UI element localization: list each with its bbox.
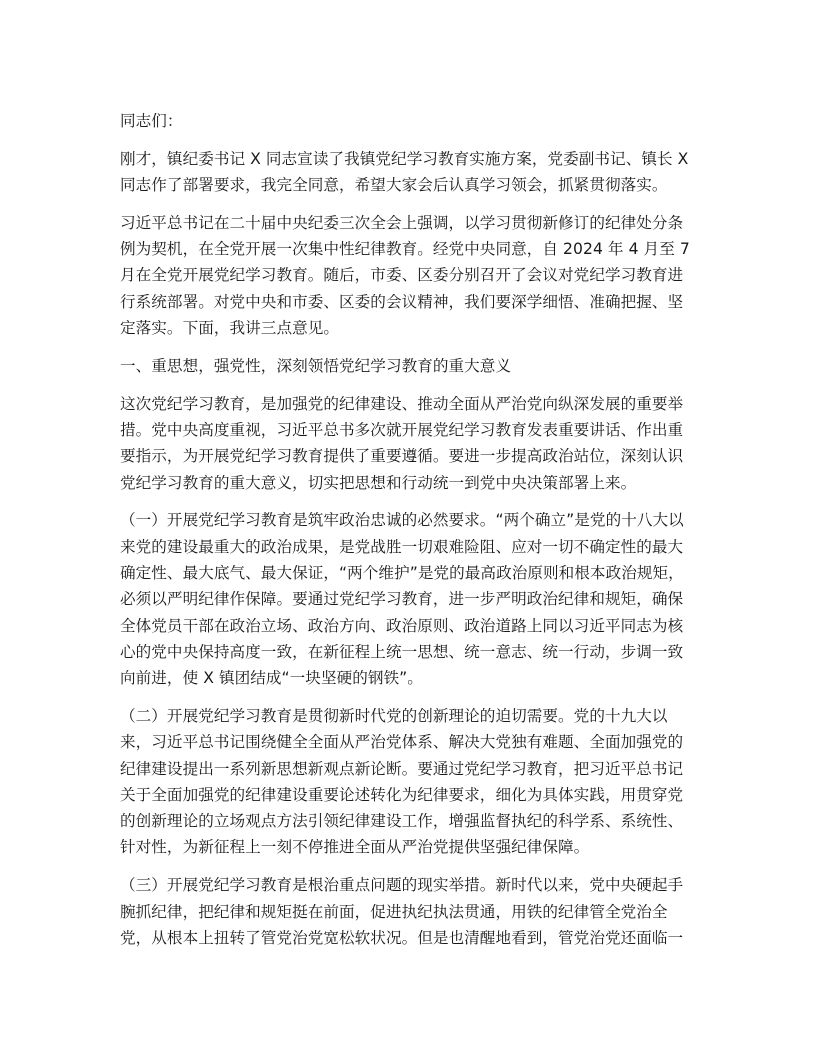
- text-line: 确定性、最大底气、最大保证，“两个维护”是党的最高政治原则和根本政治规矩，: [120, 560, 698, 586]
- text-line: 要指示，为开展党纪学习教育提供了重要遵循。要进一步提高政治站位，深刻认识: [120, 443, 698, 469]
- context-paragraph: 习近平总书记在二十届中央纪委三次全会上强调，以学习贯彻新修订的纪律处分条 例为契…: [120, 210, 698, 341]
- text-line: 全体党员干部在政治立场、政治方向、政治原则、政治道路上同以习近平同志为核: [120, 613, 698, 639]
- text-line: 纪律建设提出一系列新思想新观点新论断。要通过党纪学习教育，把习近平总书记: [120, 756, 698, 782]
- text-line: 一、重思想，强党性，深刻领悟党纪学习教育的重大意义: [120, 353, 698, 379]
- text-line: 行系统部署。对党中央和市委、区委的会议精神，我们要深学细悟、准确把握、坚: [120, 289, 698, 315]
- subsection-2-paragraph: （二）开展党纪学习教育是贯彻新时代党的创新理论的迫切需要。党的十九大以 来，习近…: [120, 703, 698, 861]
- text-line: （一）开展党纪学习教育是筑牢政治忠诚的必然要求。“两个确立”是党的十八大以: [120, 507, 698, 533]
- text-line: 定落实。下面，我讲三点意见。: [120, 315, 698, 341]
- text-line: 腕抓纪律，把纪律和规矩挺在前面，促进执纪执法贯通，用铁的纪律管全党治全: [120, 899, 698, 925]
- salutation-paragraph: 同志们：: [120, 108, 698, 134]
- text-line: 例为契机，在全党开展一次集中性纪律教育。经党中央同意，自 2024 年 4 月至…: [120, 236, 698, 262]
- text-line: 这次党纪学习教育，是加强党的纪律建设、推动全面从严治党向纵深发展的重要举: [120, 391, 698, 417]
- text-line: 措。党中央高度重视，习近平总书多次就开展党纪学习教育发表重要讲话、作出重: [120, 417, 698, 443]
- text-line: 同志作了部署要求，我完全同意，希望大家会后认真学习领会，抓紧贯彻落实。: [120, 172, 698, 198]
- subsection-3-paragraph: （三）开展党纪学习教育是根治重点问题的现实举措。新时代以来，党中央硬起手 腕抓纪…: [120, 872, 698, 951]
- section-heading-1: 一、重思想，强党性，深刻领悟党纪学习教育的重大意义: [120, 353, 698, 379]
- text-line: 关于全面加强党的纪律建设重要论述转化为纪律要求，细化为具体实践，用贯穿党: [120, 782, 698, 808]
- subsection-1-paragraph: （一）开展党纪学习教育是筑牢政治忠诚的必然要求。“两个确立”是党的十八大以 来党…: [120, 507, 698, 691]
- text-line: 必须以严明纪律作保障。要通过党纪学习教育，进一步严明政治纪律和规矩，确保: [120, 586, 698, 612]
- text-line: 刚才，镇纪委书记 X 同志宣读了我镇党纪学习教育实施方案，党委副书记、镇长 X: [120, 146, 698, 172]
- text-line: 党，从根本上扭转了管党治党宽松软状况。但是也清醒地看到，管党治党还面临一: [120, 925, 698, 951]
- intro-paragraph: 刚才，镇纪委书记 X 同志宣读了我镇党纪学习教育实施方案，党委副书记、镇长 X …: [120, 146, 698, 199]
- text-line: 的创新理论的立场观点方法引领纪律建设工作，增强监督执纪的科学系、系统性、: [120, 808, 698, 834]
- text-line: 向前进，使 X 镇团结成“一块坚硬的钢铁”。: [120, 665, 698, 691]
- text-line: 针对性，为新征程上一刻不停推进全面从严治党提供坚强纪律保障。: [120, 834, 698, 860]
- text-line: 党纪学习教育的重大意义，切实把思想和行动统一到党中央决策部署上来。: [120, 470, 698, 496]
- text-line: 来党的建设最重大的政治成果，是党战胜一切艰难险阻、应对一切不确定性的最大: [120, 534, 698, 560]
- document-page: 同志们： 刚才，镇纪委书记 X 同志宣读了我镇党纪学习教育实施方案，党委副书记、…: [120, 108, 698, 963]
- text-line: 习近平总书记在二十届中央纪委三次全会上强调，以学习贯彻新修订的纪律处分条: [120, 210, 698, 236]
- text-line: （二）开展党纪学习教育是贯彻新时代党的创新理论的迫切需要。党的十九大以: [120, 703, 698, 729]
- text-line: 月在全党开展党纪学习教育。随后，市委、区委分别召开了会议对党纪学习教育进: [120, 262, 698, 288]
- text-line: （三）开展党纪学习教育是根治重点问题的现实举措。新时代以来，党中央硬起手: [120, 872, 698, 898]
- text-line: 同志们：: [120, 108, 698, 134]
- text-line: 来，习近平总书记围绕健全全面从严治党体系、解决大党独有难题、全面加强党的: [120, 729, 698, 755]
- section-1-intro-paragraph: 这次党纪学习教育，是加强党的纪律建设、推动全面从严治党向纵深发展的重要举 措。党…: [120, 391, 698, 496]
- text-line: 心的党中央保持高度一致，在新征程上统一思想、统一意志、统一行动，步调一致: [120, 639, 698, 665]
